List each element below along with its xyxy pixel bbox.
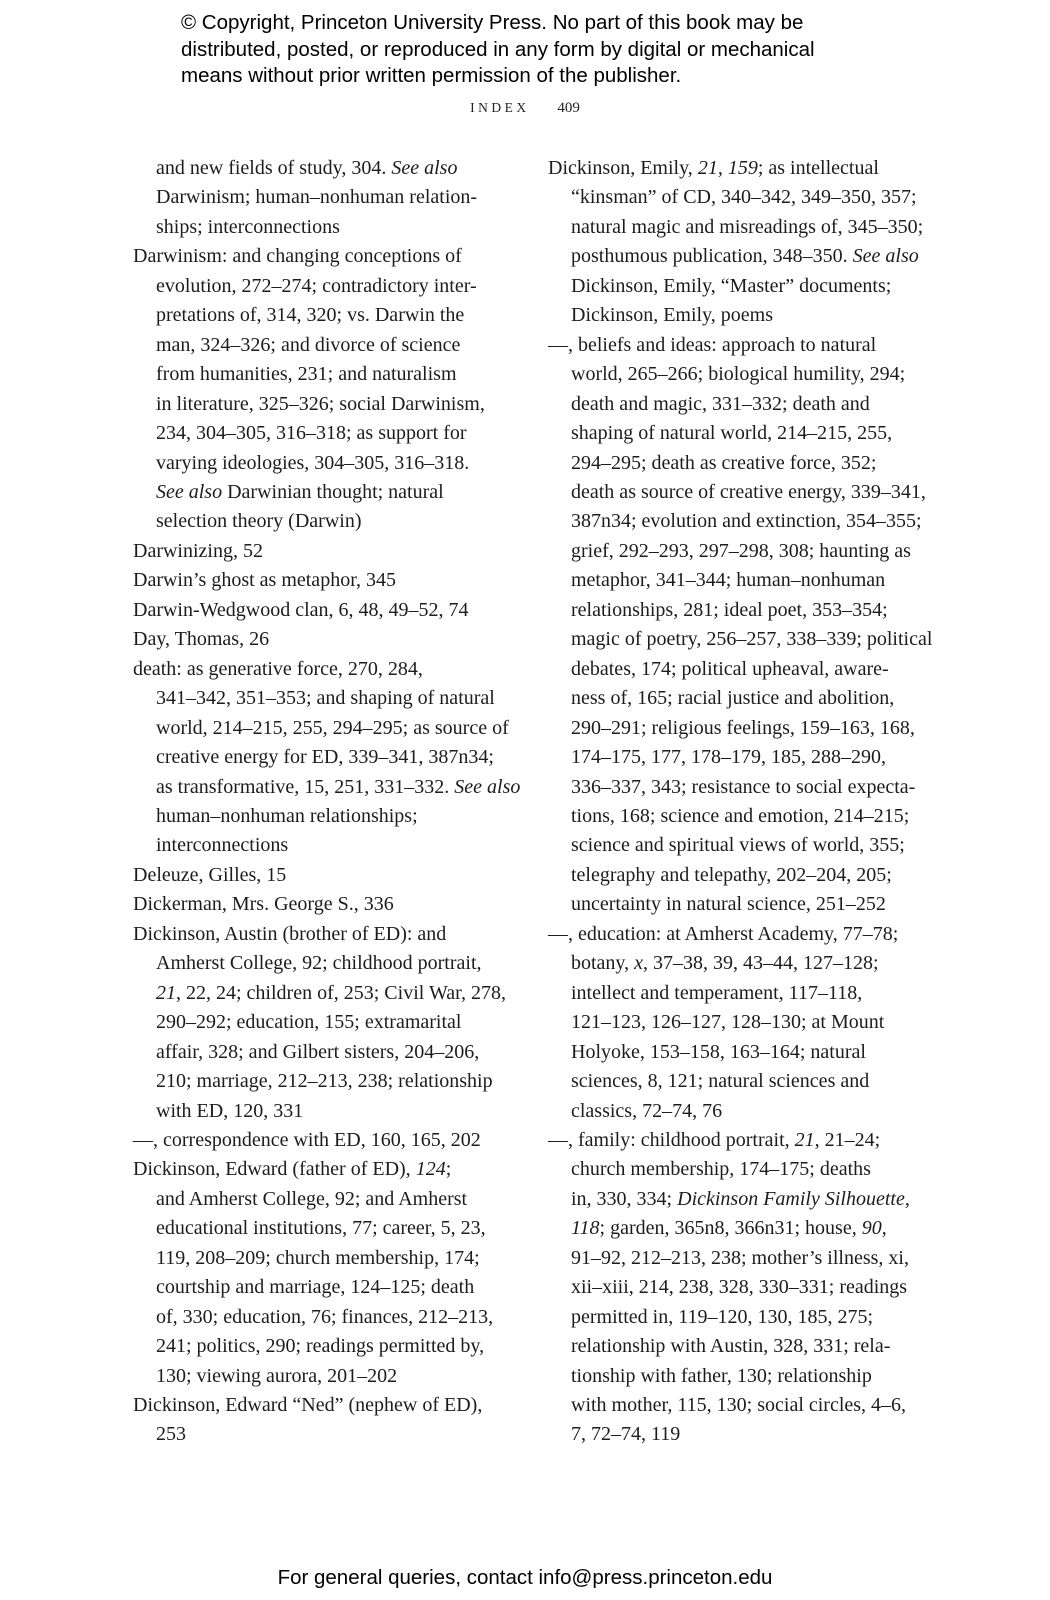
entry-text: ; xyxy=(446,1158,452,1180)
index-entry-line: —, correspondence with ED, 160, 165, 202 xyxy=(133,1126,513,1155)
entry-text: world, 265–266; biological humility, 294… xyxy=(571,363,905,385)
entry-text: 7, 72–74, 119 xyxy=(571,1423,680,1445)
copyright-line: © Copyright, Princeton University Press.… xyxy=(181,10,901,37)
index-entry-line: Dickerman, Mrs. George S., 336 xyxy=(133,890,513,919)
entry-text: 290–292; education, 155; extramarital xyxy=(156,1011,461,1033)
entry-text: 91–92, 212–213, 238; mother’s illness, x… xyxy=(571,1247,909,1269)
entry-text: affair, 328; and Gilbert sisters, 204–20… xyxy=(156,1041,479,1063)
entry-text: man, 324–326; and divorce of science xyxy=(156,334,460,356)
entry-text: shaping of natural world, 214–215, 255, xyxy=(571,422,892,444)
entry-text: Dickinson, Austin (brother of ED): and xyxy=(133,923,446,945)
entry-text: in literature, 325–326; social Darwinism… xyxy=(156,393,485,415)
index-entry-line: Dickinson, Edward (father of ED), 124; xyxy=(133,1155,513,1184)
entry-text: pretations of, 314, 320; vs. Darwin the xyxy=(156,304,464,326)
index-entry-line: Darwinizing, 52 xyxy=(133,537,513,566)
copyright-notice: © Copyright, Princeton University Press.… xyxy=(181,10,901,90)
entry-text: tions, 168; science and emotion, 214–215… xyxy=(571,805,909,827)
index-continuation-line: Holyoke, 153–158, 163–164; natural xyxy=(548,1038,928,1067)
entry-text: Amherst College, 92; childhood portrait, xyxy=(156,952,482,974)
index-continuation-line: “kinsman” of CD, 340–342, 349–350, 357; xyxy=(548,183,928,212)
index-continuation-line: 21, 22, 24; children of, 253; Civil War,… xyxy=(133,979,513,1008)
running-head: INDEX 409 xyxy=(0,100,1050,117)
entry-text: educational institutions, 77; career, 5,… xyxy=(156,1217,486,1239)
index-continuation-line: in, 330, 334; Dickinson Family Silhouett… xyxy=(548,1185,928,1214)
index-continuation-line: church membership, 174–175; deaths xyxy=(548,1155,928,1184)
index-continuation-line: human–nonhuman relationships; xyxy=(133,802,513,831)
index-continuation-line: xii–xiii, 214, 238, 328, 330–331; readin… xyxy=(548,1273,928,1302)
italic-text: Dickinson Family Silhouette, xyxy=(677,1188,910,1210)
index-continuation-line: magic of poetry, 256–257, 338–339; polit… xyxy=(548,625,928,654)
entry-text: 336–337, 343; resistance to social expec… xyxy=(571,776,915,798)
index-entry-line: Darwin’s ghost as metaphor, 345 xyxy=(133,566,513,595)
italic-text: 90 xyxy=(862,1217,882,1239)
copyright-line: means without prior written permission o… xyxy=(181,63,901,90)
index-continuation-line: selection theory (Darwin) xyxy=(133,507,513,536)
entry-text: , 22, 24; children of, 253; Civil War, 2… xyxy=(176,982,506,1004)
index-continuation-line: with ED, 120, 331 xyxy=(133,1097,513,1126)
entry-text: courtship and marriage, 124–125; death xyxy=(156,1276,474,1298)
entry-text: human–nonhuman relationships; xyxy=(156,805,418,827)
entry-text: , xyxy=(882,1217,887,1239)
index-continuation-line: ships; interconnections xyxy=(133,213,513,242)
index-continuation-line: affair, 328; and Gilbert sisters, 204–20… xyxy=(133,1038,513,1067)
index-continuation-line: 294–295; death as creative force, 352; xyxy=(548,449,928,478)
index-continuation-line: permitted in, 119–120, 130, 185, 275; xyxy=(548,1303,928,1332)
index-entry-line: Dickinson, Edward “Ned” (nephew of ED), xyxy=(133,1391,513,1420)
index-entry-line: Dickinson, Austin (brother of ED): and xyxy=(133,920,513,949)
index-continuation-line: grief, 292–293, 297–298, 308; haunting a… xyxy=(548,537,928,566)
index-continuation-line: Dickinson, Emily, “Master” documents; xyxy=(548,272,928,301)
index-continuation-line: 234, 304–305, 316–318; as support for xyxy=(133,419,513,448)
entry-text: church membership, 174–175; deaths xyxy=(571,1158,871,1180)
index-continuation-line: tions, 168; science and emotion, 214–215… xyxy=(548,802,928,831)
index-continuation-line: telegraphy and telepathy, 202–204, 205; xyxy=(548,861,928,890)
entry-text: 341–342, 351–353; and shaping of natural xyxy=(156,687,495,709)
index-continuation-line: 121–123, 126–127, 128–130; at Mount xyxy=(548,1008,928,1037)
index-continuation-line: varying ideologies, 304–305, 316–318. xyxy=(133,449,513,478)
entry-text: classics, 72–74, 76 xyxy=(571,1100,722,1122)
entry-text: 130; viewing aurora, 201–202 xyxy=(156,1365,397,1387)
entry-text: Dickinson, Emily, “Master” documents; xyxy=(571,275,891,297)
index-continuation-line: man, 324–326; and divorce of science xyxy=(133,331,513,360)
entry-text: Dickinson, Emily, poems xyxy=(571,304,773,326)
italic-text: 124 xyxy=(416,1158,446,1180)
index-continuation-line: See also Darwinian thought; natural xyxy=(133,478,513,507)
entry-text: intellect and temperament, 117–118, xyxy=(571,982,862,1004)
entry-text: from humanities, 231; and naturalism xyxy=(156,363,457,385)
entry-text: natural magic and misreadings of, 345–35… xyxy=(571,216,923,238)
entry-text: permitted in, 119–120, 130, 185, 275; xyxy=(571,1306,873,1328)
entry-text: Day, Thomas, 26 xyxy=(133,628,269,650)
entry-text: telegraphy and telepathy, 202–204, 205; xyxy=(571,864,892,886)
entry-text: death: as generative force, 270, 284, xyxy=(133,658,423,680)
index-entry-line: —, education: at Amherst Academy, 77–78; xyxy=(548,920,928,949)
index-continuation-line: and Amherst College, 92; and Amherst xyxy=(133,1185,513,1214)
italic-text: 21 xyxy=(156,982,176,1004)
entry-text: —, family: childhood portrait, xyxy=(548,1129,795,1151)
index-continuation-line: of, 330; education, 76; finances, 212–21… xyxy=(133,1303,513,1332)
index-column-right: Dickinson, Emily, 21, 159; as intellectu… xyxy=(548,154,928,1450)
entry-text: metaphor, 341–344; human–nonhuman xyxy=(571,569,885,591)
entry-text: Holyoke, 153–158, 163–164; natural xyxy=(571,1041,866,1063)
entry-text: death and magic, 331–332; death and xyxy=(571,393,870,415)
entry-text: ships; interconnections xyxy=(156,216,340,238)
index-continuation-line: 210; marriage, 212–213, 238; relationshi… xyxy=(133,1067,513,1096)
entry-text: Dickinson, Emily, xyxy=(548,157,698,179)
index-continuation-line: courtship and marriage, 124–125; death xyxy=(133,1273,513,1302)
entry-text: relationships, 281; ideal poet, 353–354; xyxy=(571,599,888,621)
entry-text: posthumous publication, 348–350. xyxy=(571,245,853,267)
entry-text: Dickerman, Mrs. George S., 336 xyxy=(133,893,394,915)
entry-text: ness of, 165; racial justice and aboliti… xyxy=(571,687,894,709)
entry-text: xii–xiii, 214, 238, 328, 330–331; readin… xyxy=(571,1276,907,1298)
entry-text: world, 214–215, 255, 294–295; as source … xyxy=(156,717,509,739)
index-continuation-line: with mother, 115, 130; social circles, 4… xyxy=(548,1391,928,1420)
index-continuation-line: world, 214–215, 255, 294–295; as source … xyxy=(133,714,513,743)
italic-text: See also xyxy=(391,157,457,179)
index-entry-line: Day, Thomas, 26 xyxy=(133,625,513,654)
index-continuation-line: 290–291; religious feelings, 159–163, 16… xyxy=(548,714,928,743)
entry-text: Darwin-Wedgwood clan, 6, 48, 49–52, 74 xyxy=(133,599,469,621)
entry-text: Dickinson, Edward (father of ED), xyxy=(133,1158,416,1180)
entry-text: 174–175, 177, 178–179, 185, 288–290, xyxy=(571,746,886,768)
index-entry-line: —, family: childhood portrait, 21, 21–24… xyxy=(548,1126,928,1155)
entry-text: , 37–38, 39, 43–44, 127–128; xyxy=(643,952,879,974)
entry-text: with mother, 115, 130; social circles, 4… xyxy=(571,1394,906,1416)
index-continuation-line: 341–342, 351–353; and shaping of natural xyxy=(133,684,513,713)
italic-text: See also xyxy=(454,776,520,798)
entry-text: varying ideologies, 304–305, 316–318. xyxy=(156,452,469,474)
entry-text: Deleuze, Gilles, 15 xyxy=(133,864,286,886)
entry-text: —, education: at Amherst Academy, 77–78; xyxy=(548,923,898,945)
index-continuation-line: 7, 72–74, 119 xyxy=(548,1420,928,1449)
index-continuation-line: Amherst College, 92; childhood portrait, xyxy=(133,949,513,978)
entry-text: interconnections xyxy=(156,834,288,856)
index-continuation-line: from humanities, 231; and naturalism xyxy=(133,360,513,389)
entry-text: debates, 174; political upheaval, aware- xyxy=(571,658,889,680)
index-continuation-line: Dickinson, Emily, poems xyxy=(548,301,928,330)
index-continuation-line: Darwinism; human–nonhuman relation- xyxy=(133,183,513,212)
index-continuation-line: interconnections xyxy=(133,831,513,860)
entry-text: death as source of creative energy, 339–… xyxy=(571,481,926,503)
italic-text: x xyxy=(634,952,643,974)
entry-text: Darwinizing, 52 xyxy=(133,540,263,562)
index-continuation-line: in literature, 325–326; social Darwinism… xyxy=(133,390,513,419)
entry-text: grief, 292–293, 297–298, 308; haunting a… xyxy=(571,540,911,562)
entry-text: as transformative, 15, 251, 331–332. xyxy=(156,776,454,798)
entry-text: and new fields of study, 304. xyxy=(156,157,391,179)
index-continuation-line: 119, 208–209; church membership, 174; xyxy=(133,1244,513,1273)
index-continuation-line: tionship with father, 130; relationship xyxy=(548,1362,928,1391)
entry-text: 121–123, 126–127, 128–130; at Mount xyxy=(571,1011,884,1033)
entry-text: and Amherst College, 92; and Amherst xyxy=(156,1188,467,1210)
index-entry-line: Dickinson, Emily, 21, 159; as intellectu… xyxy=(548,154,928,183)
entry-text: 290–291; religious feelings, 159–163, 16… xyxy=(571,717,915,739)
index-continuation-line: metaphor, 341–344; human–nonhuman xyxy=(548,566,928,595)
index-continuation-line: ness of, 165; racial justice and aboliti… xyxy=(548,684,928,713)
entry-text: evolution, 272–274; contradictory inter- xyxy=(156,275,477,297)
entry-text: 234, 304–305, 316–318; as support for xyxy=(156,422,467,444)
index-continuation-line: relationship with Austin, 328, 331; rela… xyxy=(548,1332,928,1361)
entry-text: ; as intellectual xyxy=(758,157,879,179)
index-continuation-line: natural magic and misreadings of, 345–35… xyxy=(548,213,928,242)
index-continuation-line: 253 xyxy=(133,1420,513,1449)
entry-text: in, 330, 334; xyxy=(571,1188,677,1210)
italic-text: See also xyxy=(853,245,919,267)
index-continuation-line: debates, 174; political upheaval, aware- xyxy=(548,655,928,684)
index-continuation-line: sciences, 8, 121; natural sciences and xyxy=(548,1067,928,1096)
index-continuation-line: 91–92, 212–213, 238; mother’s illness, x… xyxy=(548,1244,928,1273)
italic-text: 21 xyxy=(795,1129,815,1151)
index-continuation-line: 387n34; evolution and extinction, 354–35… xyxy=(548,507,928,536)
page-number: 409 xyxy=(557,100,580,116)
index-continuation-line: as transformative, 15, 251, 331–332. See… xyxy=(133,773,513,802)
index-continuation-line: 290–292; education, 155; extramarital xyxy=(133,1008,513,1037)
index-continuation-line: creative energy for ED, 339–341, 387n34; xyxy=(133,743,513,772)
index-continuation-line: evolution, 272–274; contradictory inter- xyxy=(133,272,513,301)
entry-text: with ED, 120, 331 xyxy=(156,1100,303,1122)
index-continuation-line: relationships, 281; ideal poet, 353–354; xyxy=(548,596,928,625)
entry-text: science and spiritual views of world, 35… xyxy=(571,834,905,856)
index-continuation-line: 241; politics, 290; readings permitted b… xyxy=(133,1332,513,1361)
entry-text: uncertainty in natural science, 251–252 xyxy=(571,893,886,915)
index-continuation-line: death and magic, 331–332; death and xyxy=(548,390,928,419)
index-continuation-line: shaping of natural world, 214–215, 255, xyxy=(548,419,928,448)
index-continuation-line: world, 265–266; biological humility, 294… xyxy=(548,360,928,389)
entry-text: sciences, 8, 121; natural sciences and xyxy=(571,1070,869,1092)
entry-text: 241; politics, 290; readings permitted b… xyxy=(156,1335,484,1357)
italic-text: 21, 159 xyxy=(698,157,758,179)
italic-text: 118 xyxy=(571,1217,600,1239)
entry-text: botany, xyxy=(571,952,634,974)
index-continuation-line: science and spiritual views of world, 35… xyxy=(548,831,928,860)
entry-text: tionship with father, 130; relationship xyxy=(571,1365,872,1387)
entry-text: “kinsman” of CD, 340–342, 349–350, 357; xyxy=(571,186,917,208)
entry-text: of, 330; education, 76; finances, 212–21… xyxy=(156,1306,493,1328)
entry-text: 119, 208–209; church membership, 174; xyxy=(156,1247,480,1269)
index-column-left: and new fields of study, 304. See alsoDa… xyxy=(133,154,513,1450)
index-entry-line: Darwin-Wedgwood clan, 6, 48, 49–52, 74 xyxy=(133,596,513,625)
entry-text: selection theory (Darwin) xyxy=(156,510,361,532)
index-continuation-line: pretations of, 314, 320; vs. Darwin the xyxy=(133,301,513,330)
entry-text: creative energy for ED, 339–341, 387n34; xyxy=(156,746,494,768)
entry-text: ; garden, 365n8, 366n31; house, xyxy=(600,1217,862,1239)
entry-text: —, beliefs and ideas: approach to natura… xyxy=(548,334,876,356)
entry-text: Darwinian thought; natural xyxy=(222,481,444,503)
entry-text: , 21–24; xyxy=(815,1129,881,1151)
running-head-label: INDEX xyxy=(470,100,530,115)
entry-text: 387n34; evolution and extinction, 354–35… xyxy=(571,510,922,532)
index-continuation-line: death as source of creative energy, 339–… xyxy=(548,478,928,507)
italic-text: See also xyxy=(156,481,222,503)
index-continuation-line: 130; viewing aurora, 201–202 xyxy=(133,1362,513,1391)
entry-text: magic of poetry, 256–257, 338–339; polit… xyxy=(571,628,932,650)
index-continuation-line: 336–337, 343; resistance to social expec… xyxy=(548,773,928,802)
index-continuation-line: intellect and temperament, 117–118, xyxy=(548,979,928,1008)
entry-text: 294–295; death as creative force, 352; xyxy=(571,452,876,474)
index-entry-line: death: as generative force, 270, 284, xyxy=(133,655,513,684)
entry-text: 253 xyxy=(156,1423,186,1445)
entry-text: relationship with Austin, 328, 331; rela… xyxy=(571,1335,890,1357)
entry-text: 210; marriage, 212–213, 238; relationshi… xyxy=(156,1070,493,1092)
copyright-line: distributed, posted, or reproduced in an… xyxy=(181,37,901,64)
index-entry-line: Deleuze, Gilles, 15 xyxy=(133,861,513,890)
index-continuation-line: educational institutions, 77; career, 5,… xyxy=(133,1214,513,1243)
footer-contact: For general queries, contact info@press.… xyxy=(0,1566,1050,1590)
entry-text: Darwinism: and changing conceptions of xyxy=(133,245,462,267)
entry-text: Darwinism; human–nonhuman relation- xyxy=(156,186,477,208)
index-continuation-line: posthumous publication, 348–350. See als… xyxy=(548,242,928,271)
index-continuation-line: classics, 72–74, 76 xyxy=(548,1097,928,1126)
index-entry-line: —, beliefs and ideas: approach to natura… xyxy=(548,331,928,360)
entry-text: —, correspondence with ED, 160, 165, 202 xyxy=(133,1129,481,1151)
index-continuation-line: botany, x, 37–38, 39, 43–44, 127–128; xyxy=(548,949,928,978)
index-continuation-line: uncertainty in natural science, 251–252 xyxy=(548,890,928,919)
index-continuation-line: 118; garden, 365n8, 366n31; house, 90, xyxy=(548,1214,928,1243)
index-continuation-line: 174–175, 177, 178–179, 185, 288–290, xyxy=(548,743,928,772)
entry-text: Darwin’s ghost as metaphor, 345 xyxy=(133,569,396,591)
entry-text: Dickinson, Edward “Ned” (nephew of ED), xyxy=(133,1394,482,1416)
index-entry-line: Darwinism: and changing conceptions of xyxy=(133,242,513,271)
index-continuation-line: and new fields of study, 304. See also xyxy=(133,154,513,183)
